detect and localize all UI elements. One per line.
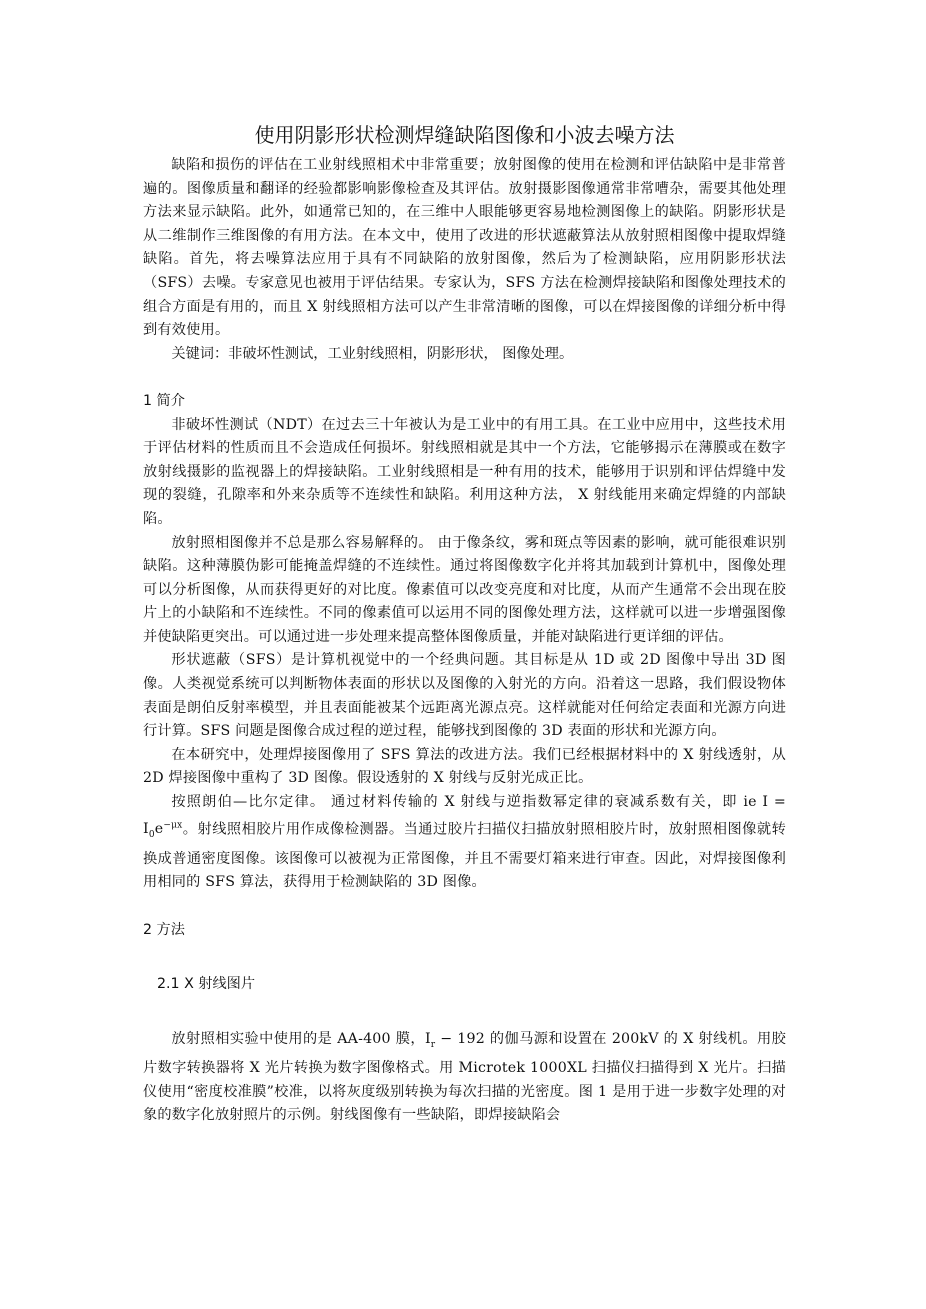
beer-lambert-tail: 。射线照相胶片用作成像检测器。当通过胶片扫描仪扫描放射照相胶片时，放射照相图像就…	[143, 821, 786, 890]
methods-paragraph-lead: 放射照相实验中使用的是 AA-400 膜，I	[171, 1031, 430, 1047]
section-heading-introduction: 1 简介	[143, 390, 786, 414]
spacer	[143, 997, 786, 1028]
intro-paragraph-3: 形状遮蔽（SFS）是计算机视觉中的一个经典问题。其目标是从 1D 或 2D 图像…	[143, 649, 786, 743]
intro-paragraph-beer-lambert: 按照朗伯—比尔定律。 通过材料传输的 X 射线与逆指数幂定律的衰减系数有关，即 …	[143, 791, 786, 895]
spacer	[143, 895, 786, 919]
intro-paragraph-4: 在本研究中，处理焊接图像用了 SFS 算法的改进方法。我们已经根据材料中的 X …	[143, 744, 786, 791]
intro-paragraph-1: 非破坏性测试（NDT）在过去三十年被认为是工业中的有用工具。在工业中应用中，这些…	[143, 414, 786, 532]
document-page: 使用阴影形状检测焊缝缺陷图像和小波去噪方法 缺陷和损伤的评估在工业射线照相术中非…	[143, 120, 786, 1128]
formula-exponent: −μx	[163, 821, 182, 831]
spacer	[143, 942, 786, 973]
section-heading-methods: 2 方法	[143, 919, 786, 943]
beer-lambert-lead: 按照朗伯—比尔定律。 通过材料传输的 X 射线与逆指数幂定律的衰减系数有关，即 …	[171, 794, 762, 810]
spacer	[143, 366, 786, 390]
subsection-heading-xray: 2.1 X 射线图片	[143, 973, 786, 997]
methods-paragraph-1: 放射照相实验中使用的是 AA-400 膜，Ir − 192 的伽马源和设置在 2…	[143, 1028, 786, 1128]
document-title: 使用阴影形状检测焊缝缺陷图像和小波去噪方法	[143, 120, 786, 150]
intro-paragraph-2: 放射照相图像并不总是那么容易解释的。 由于像条纹，雾和斑点等因素的影响，就可能很…	[143, 532, 786, 650]
abstract-paragraph: 缺陷和损伤的评估在工业射线照相术中非常重要；放射图像的使用在检测和评估缺陷中是非…	[143, 154, 786, 343]
keywords-line: 关键词：非破坏性测试，工业射线照相，阴影形状， 图像处理。	[143, 343, 786, 367]
